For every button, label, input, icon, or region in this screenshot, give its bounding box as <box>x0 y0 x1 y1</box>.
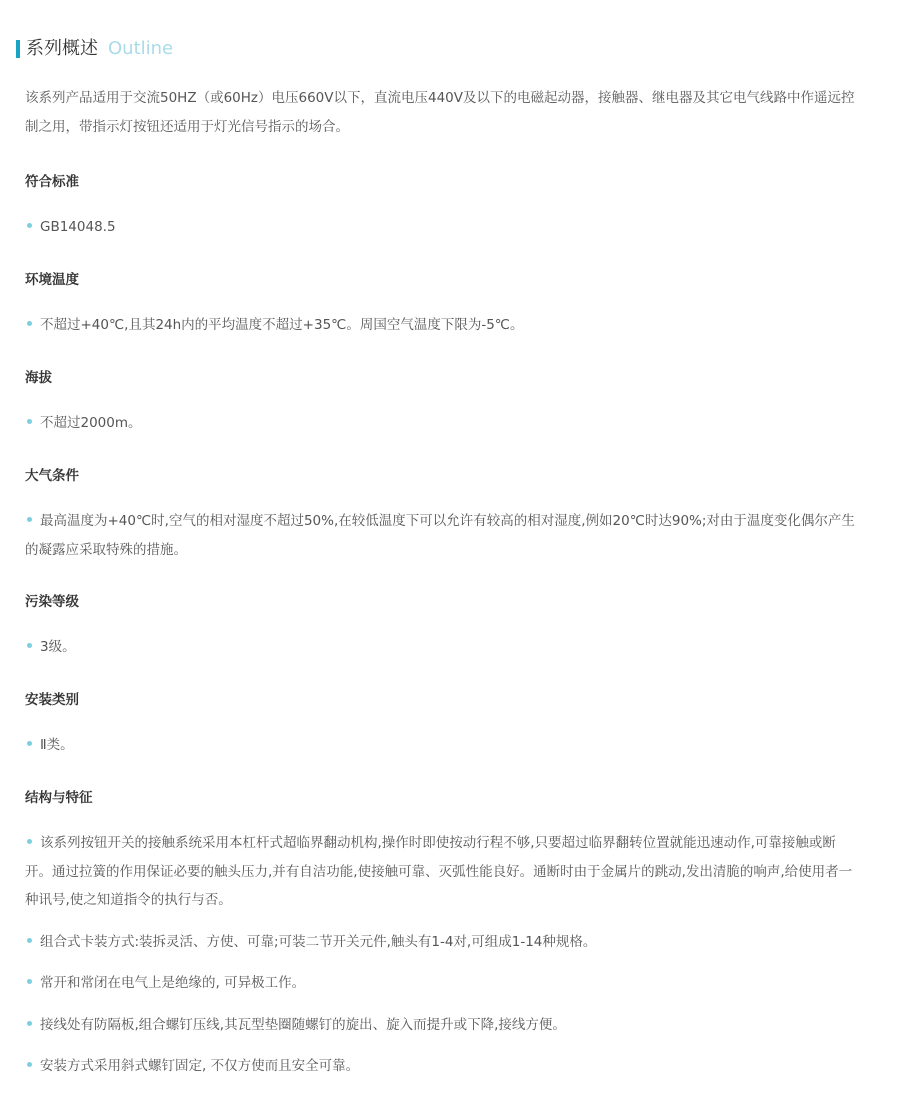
section-structure-features: 结构与特征 该系列按钮开关的接触系统采用本杠杆式超临界翻动机构,操作时即使按动行… <box>25 788 855 1081</box>
title-accent-bar <box>16 40 20 58</box>
list-item: 不超过+40℃,且其24h内的平均温度不超过+35℃。周国空气温度下限为-5℃。 <box>25 311 855 340</box>
bullet-dot-icon <box>27 741 32 746</box>
list-item-text: 该系列按钮开关的接触系统采用本杠杆式超临界翻动机构,操作时即使按动行程不够,只要… <box>25 835 852 908</box>
section-heading: 符合标准 <box>25 172 855 192</box>
list-item: 常开和常闭在电气上是绝缘的, 可异极工作。 <box>25 969 855 998</box>
list-item-text: 3级。 <box>40 639 76 655</box>
bullet-dot-icon <box>27 419 32 424</box>
title-chinese: 系列概述 <box>26 38 98 60</box>
section-atmospheric-conditions: 大气条件 最高温度为+40℃时,空气的相对湿度不超过50%,在较低温度下可以允许… <box>25 466 855 564</box>
bullet-dot-icon <box>27 979 32 984</box>
section-installation-category: 安装类别 Ⅱ类。 <box>25 690 855 760</box>
section-ambient-temperature: 环境温度 不超过+40℃,且其24h内的平均温度不超过+35℃。周国空气温度下限… <box>25 270 855 340</box>
bullet-dot-icon <box>27 839 32 844</box>
bullet-dot-icon <box>27 1062 32 1067</box>
list-item: GB14048.5 <box>25 213 855 242</box>
section-pollution-level: 污染等级 3级。 <box>25 592 855 662</box>
title-english: Outline <box>108 38 173 60</box>
list-item: 最高温度为+40℃时,空气的相对湿度不超过50%,在较低温度下可以允许有较高的相… <box>25 507 855 564</box>
list-item: 组合式卡装方式:装拆灵活、方使、可靠;可装二节开关元件,触头有1-4对,可组成1… <box>25 928 855 957</box>
intro-paragraph: 该系列产品适用于交流50HZ（或60Hz）电压660V以下，直流电压440V及以… <box>25 84 855 141</box>
section-standard: 符合标准 GB14048.5 <box>25 172 855 242</box>
list-item-text: 不超过2000m。 <box>40 415 142 431</box>
list-item: Ⅱ类。 <box>25 731 855 760</box>
section-heading: 结构与特征 <box>25 788 855 808</box>
bullet-dot-icon <box>27 1021 32 1026</box>
bullet-dot-icon <box>27 517 32 522</box>
section-heading: 污染等级 <box>25 592 855 612</box>
list-item-text: 组合式卡装方式:装拆灵活、方使、可靠;可装二节开关元件,触头有1-4对,可组成1… <box>40 934 596 950</box>
bullet-dot-icon <box>27 321 32 326</box>
list-item: 3级。 <box>25 633 855 662</box>
section-heading: 环境温度 <box>25 270 855 290</box>
list-item: 安装方式采用斜式螺钉固定, 不仅方使而且安全可靠。 <box>25 1052 855 1081</box>
list-item-text: 安装方式采用斜式螺钉固定, 不仅方使而且安全可靠。 <box>40 1058 359 1074</box>
list-item: 不超过2000m。 <box>25 409 855 438</box>
bullet-dot-icon <box>27 938 32 943</box>
bullet-dot-icon <box>27 223 32 228</box>
list-item-text: GB14048.5 <box>40 219 116 235</box>
list-item-text: 接线处有防隔板,组合螺钉压线,其瓦型垫圈随螺钉的旋出、旋入而提升或下降,接线方便… <box>40 1017 566 1033</box>
list-item: 该系列按钮开关的接触系统采用本杠杆式超临界翻动机构,操作时即使按动行程不够,只要… <box>25 829 855 915</box>
section-altitude: 海拔 不超过2000m。 <box>25 368 855 438</box>
list-item-text: 常开和常闭在电气上是绝缘的, 可异极工作。 <box>40 975 305 991</box>
bullet-dot-icon <box>27 643 32 648</box>
section-heading: 大气条件 <box>25 466 855 486</box>
list-item-text: 不超过+40℃,且其24h内的平均温度不超过+35℃。周国空气温度下限为-5℃。 <box>40 317 523 333</box>
section-heading: 海拔 <box>25 368 855 388</box>
section-heading: 安装类别 <box>25 690 855 710</box>
section-title: 系列概述 Outline <box>16 38 173 60</box>
list-item-text: Ⅱ类。 <box>40 737 74 753</box>
list-item-text: 最高温度为+40℃时,空气的相对湿度不超过50%,在较低温度下可以允许有较高的相… <box>25 513 855 558</box>
list-item: 接线处有防隔板,组合螺钉压线,其瓦型垫圈随螺钉的旋出、旋入而提升或下降,接线方便… <box>25 1011 855 1040</box>
